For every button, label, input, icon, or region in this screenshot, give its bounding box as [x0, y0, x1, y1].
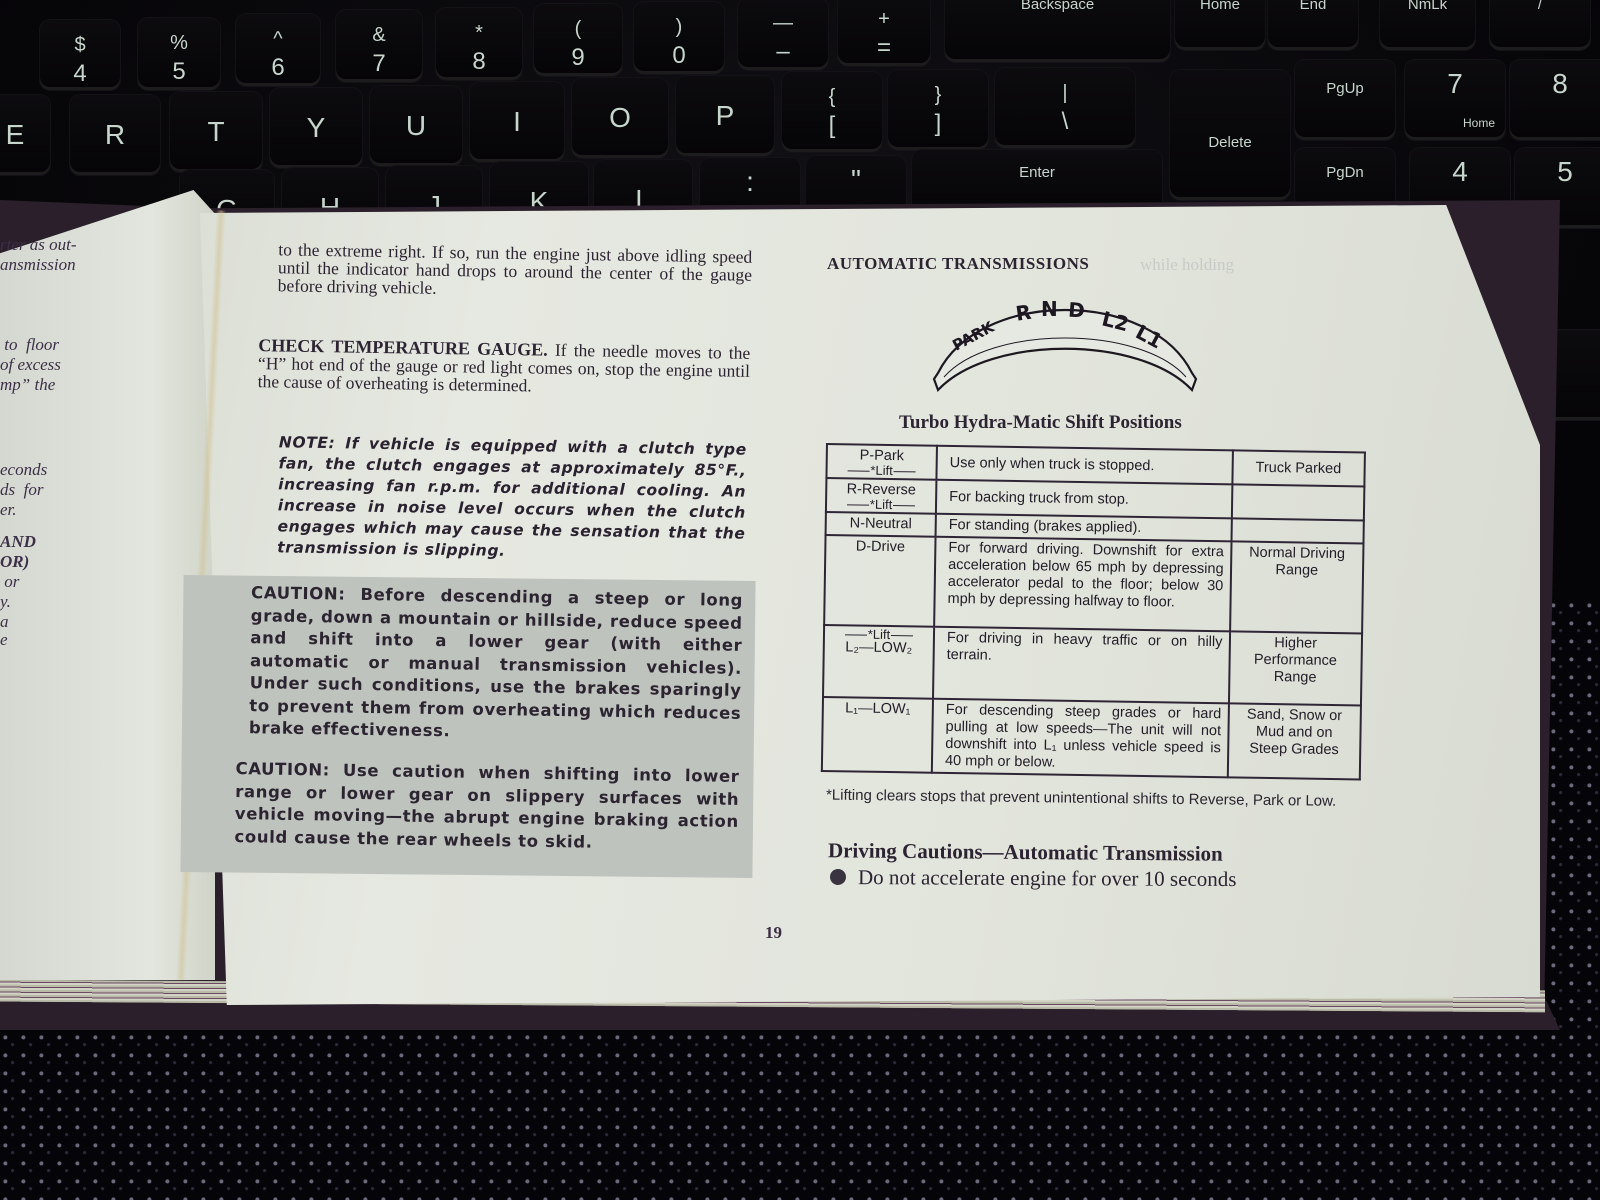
- key-backslash: |\: [995, 68, 1135, 148]
- shift-position: P-Park*Lift: [826, 444, 937, 480]
- key-minus: —–: [738, 0, 828, 70]
- left-page-fragment: mp” the: [0, 375, 55, 395]
- key-delete: Delete: [1170, 70, 1290, 200]
- key-bracket-close: }]: [888, 70, 988, 150]
- key-r: R: [70, 95, 160, 175]
- lift-marker: *Lift: [833, 498, 929, 511]
- temperature-gauge-paragraph: CHECK TEMPERATURE GAUGE. If the needle m…: [258, 336, 751, 398]
- key-4: $4: [40, 20, 120, 90]
- left-page-fragment: of excess: [0, 355, 61, 375]
- left-page-fragment: a: [0, 612, 9, 632]
- shift-positions-title: Turbo Hydra-Matic Shift Positions: [899, 412, 1182, 434]
- key-8: *8: [436, 8, 522, 80]
- key-bracket-open: {[: [782, 72, 882, 152]
- left-page-fragment: or: [0, 572, 19, 592]
- left-page-fragment: econds: [0, 460, 47, 480]
- left-page-fragment: y.: [0, 592, 11, 612]
- left-page-fragment: e: [0, 630, 8, 650]
- table-row: L₁—LOW₁For descending steep grades or ha…: [822, 697, 1361, 779]
- key-i: I: [470, 82, 564, 162]
- table-row: *LiftL₂—LOW₂For driving in heavy traffic…: [823, 625, 1362, 705]
- caution-slippery-surfaces: CAUTION: Use caution when shifting into …: [234, 758, 739, 856]
- left-page-fragment: rter as out-: [0, 235, 77, 255]
- key-0: )0: [634, 2, 724, 74]
- shift-range: [1231, 484, 1364, 520]
- key-numpad-7: 7Home: [1405, 60, 1505, 140]
- left-page-fragment: AND: [0, 532, 36, 552]
- dial-label-r: R: [1014, 300, 1033, 326]
- key-o: O: [572, 78, 668, 158]
- key-backspace: Backspace: [945, 0, 1170, 62]
- bleed-through-text: while holding: [1140, 255, 1234, 275]
- lift-marker: *Lift: [833, 464, 929, 477]
- left-page-fragment: OR): [0, 552, 29, 572]
- left-page-fragment: er.: [0, 500, 17, 520]
- key-e: E: [0, 95, 50, 175]
- key-numpad-slash: /: [1490, 0, 1590, 50]
- shift-position: R-Reverse*Lift: [826, 478, 937, 514]
- key-y: Y: [270, 88, 362, 168]
- key-numpad-8: 8: [1510, 60, 1600, 140]
- dial-label-d: D: [1067, 298, 1085, 323]
- shift-position: L₁—LOW₁: [822, 697, 933, 773]
- shift-usage: Use only when truck is stopped.: [936, 446, 1232, 485]
- clutch-fan-note: NOTE: If vehicle is equipped with a clut…: [277, 432, 747, 565]
- shift-position: D-Drive: [824, 535, 935, 627]
- left-page-fragment: ds for: [0, 480, 43, 500]
- key-pgup: PgUp: [1295, 60, 1395, 140]
- shift-usage: For forward driving. Downshift for extra…: [934, 537, 1231, 632]
- shift-position: N-Neutral: [826, 512, 936, 537]
- intro-paragraph: to the extreme right. If so, run the eng…: [278, 240, 753, 301]
- table-row: D-DriveFor forward driving. Downshift fo…: [824, 535, 1363, 633]
- page-number: 19: [765, 923, 782, 943]
- shift-indicator-dial: PARK R N D L2 L1: [930, 295, 1200, 395]
- caution-descending-grade: CAUTION: Before descending a steep or lo…: [249, 582, 743, 747]
- key-5: %5: [138, 18, 220, 90]
- shift-position: *LiftL₂—LOW₂: [823, 625, 934, 699]
- key-u: U: [370, 86, 462, 166]
- shift-range: [1231, 518, 1364, 543]
- left-page-fragment: ansmission: [0, 255, 76, 275]
- shift-usage: For backing truck from stop.: [936, 480, 1232, 519]
- key-equals: +=: [838, 0, 930, 66]
- key-end: End: [1268, 0, 1358, 50]
- bullet-icon: [830, 869, 846, 885]
- driving-caution-item: Do not accelerate engine for over 10 sec…: [830, 865, 1237, 892]
- shift-range: Sand, Snow or Mud and on Steep Grades: [1227, 703, 1361, 779]
- shift-range: Higher Performance Range: [1228, 631, 1362, 705]
- shift-positions-table: P-Park*LiftUse only when truck is stoppe…: [821, 443, 1366, 780]
- key-9: (9: [534, 4, 622, 76]
- key-p: P: [676, 76, 774, 156]
- shift-usage: For descending steep grades or hard pull…: [932, 699, 1229, 778]
- shift-usage: For driving in heavy traffic or on hilly…: [933, 627, 1230, 704]
- key-7: &7: [336, 10, 422, 82]
- key-numlock: NmLk: [1380, 0, 1475, 50]
- key-home: Home: [1175, 0, 1265, 50]
- left-page-fragment: to floor: [0, 335, 59, 355]
- shift-range: Normal Driving Range: [1230, 541, 1364, 633]
- key-6: ^6: [236, 14, 320, 86]
- key-t: T: [170, 92, 262, 172]
- shift-range: Truck Parked: [1232, 450, 1365, 486]
- driving-caution-text: Do not accelerate engine for over 10 sec…: [858, 865, 1237, 891]
- driving-cautions-heading: Driving Cautions—Automatic Transmission: [828, 838, 1223, 866]
- section-title: AUTOMATIC TRANSMISSIONS: [827, 254, 1089, 274]
- dial-label-n: N: [1041, 297, 1058, 321]
